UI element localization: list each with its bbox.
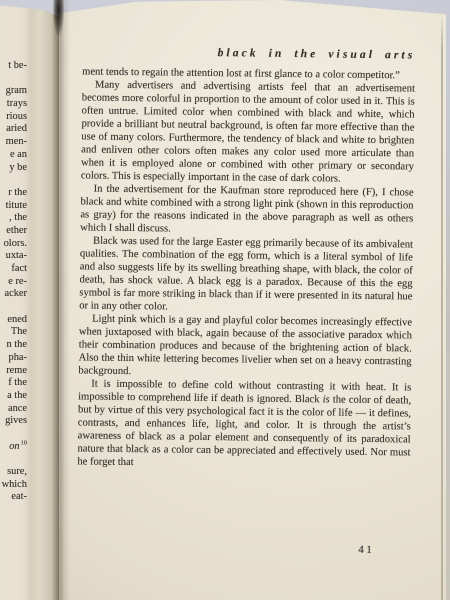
left-page-line: e an xyxy=(0,149,27,162)
left-page-line xyxy=(0,174,27,187)
left-page-line: pha- xyxy=(0,352,27,365)
left-page-line: ether xyxy=(0,225,27,238)
paragraph: It is impossible to define cold without … xyxy=(77,377,411,472)
left-page-line: The xyxy=(0,326,27,339)
paragraph: Many advertisers and advertising artists… xyxy=(81,78,415,186)
left-page-line: men- xyxy=(0,136,27,149)
left-page-line: which xyxy=(0,479,27,492)
left-page-line: n the xyxy=(0,339,27,352)
left-page-line: gram xyxy=(0,85,27,98)
book-photo: t be- gram trays rious aried men- e an y… xyxy=(0,0,450,600)
left-page-line: a the xyxy=(0,390,27,403)
left-page-line: sure, xyxy=(0,466,27,479)
running-head: black in the visual arts xyxy=(218,47,416,61)
right-page-content: black in the visual arts ment tends to r… xyxy=(52,0,446,600)
left-page-line: acker xyxy=(0,288,27,301)
left-page-line: aried xyxy=(0,123,27,136)
left-page-text-fragments: t be- gram trays rious aried men- e an y… xyxy=(0,60,27,504)
left-page-line: eat- xyxy=(0,491,27,504)
left-page-line xyxy=(0,453,27,466)
left-page-line: e re- xyxy=(0,276,27,289)
page-number: 41 xyxy=(358,544,374,556)
left-page-line: r the xyxy=(0,187,27,200)
paragraph: Black was used for the large Easter egg … xyxy=(79,234,413,316)
left-page-line: uxta- xyxy=(0,250,27,263)
left-page-line: ened xyxy=(0,314,27,327)
left-page-line: fact xyxy=(0,263,27,276)
left-page-line-footnote-ref: on 10 xyxy=(0,441,27,454)
left-page-line: gives xyxy=(0,415,27,428)
left-page-line: , the xyxy=(0,212,27,225)
left-page-line xyxy=(0,301,27,314)
left-page-line: rious xyxy=(0,111,27,124)
paragraph: Light pink which is a gay and playful co… xyxy=(78,312,412,381)
left-page-line: trays xyxy=(0,98,27,111)
left-page-line: y be xyxy=(0,162,27,175)
left-page-line: titute xyxy=(0,200,27,213)
footnote-word: on xyxy=(9,441,19,452)
gutter-spine-notch xyxy=(53,0,64,36)
left-page-line: t be- xyxy=(0,60,27,73)
left-page-line: f the xyxy=(0,377,27,390)
left-page-line: olors. xyxy=(0,238,27,251)
left-page-line: reme xyxy=(0,365,27,378)
left-page-line xyxy=(0,73,27,86)
paragraph-text: the color of death, but by virtue of thi… xyxy=(77,394,411,468)
right-page: black in the visual arts ment tends to r… xyxy=(59,0,446,600)
body-text: ment tends to regain the attention lost … xyxy=(77,65,415,472)
left-page: t be- gram trays rious aried men- e an y… xyxy=(0,0,59,600)
left-page-line: ance xyxy=(0,403,27,416)
footnote-number: 10 xyxy=(21,439,28,446)
paragraph: In the advertisement for the Kaufman sto… xyxy=(80,182,414,238)
